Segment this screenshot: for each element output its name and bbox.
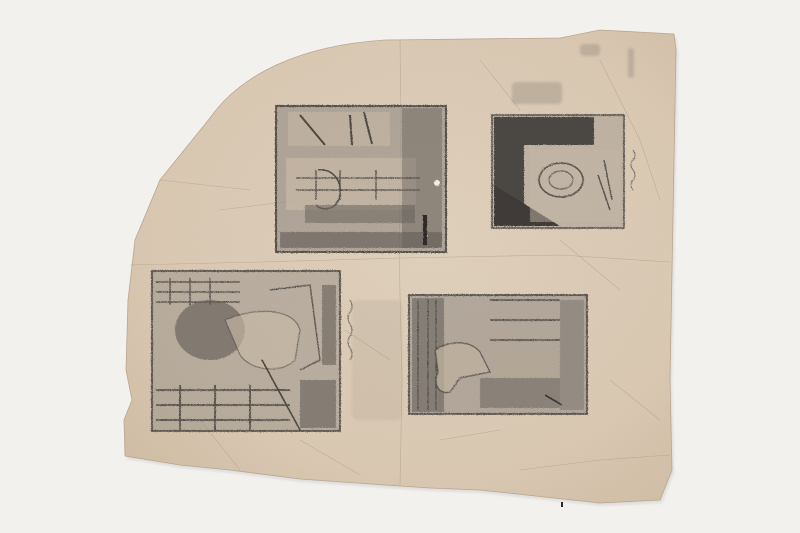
sketch-bottom-right — [409, 295, 587, 414]
sketch-top-left — [276, 106, 446, 252]
sketch-bottom-left — [152, 271, 352, 431]
ink-speck — [561, 502, 563, 507]
sketch-top-right — [492, 115, 635, 228]
paper-sheet — [0, 0, 800, 533]
artwork-photo: Photograph of a torn, aged sheet of pape… — [0, 0, 800, 533]
